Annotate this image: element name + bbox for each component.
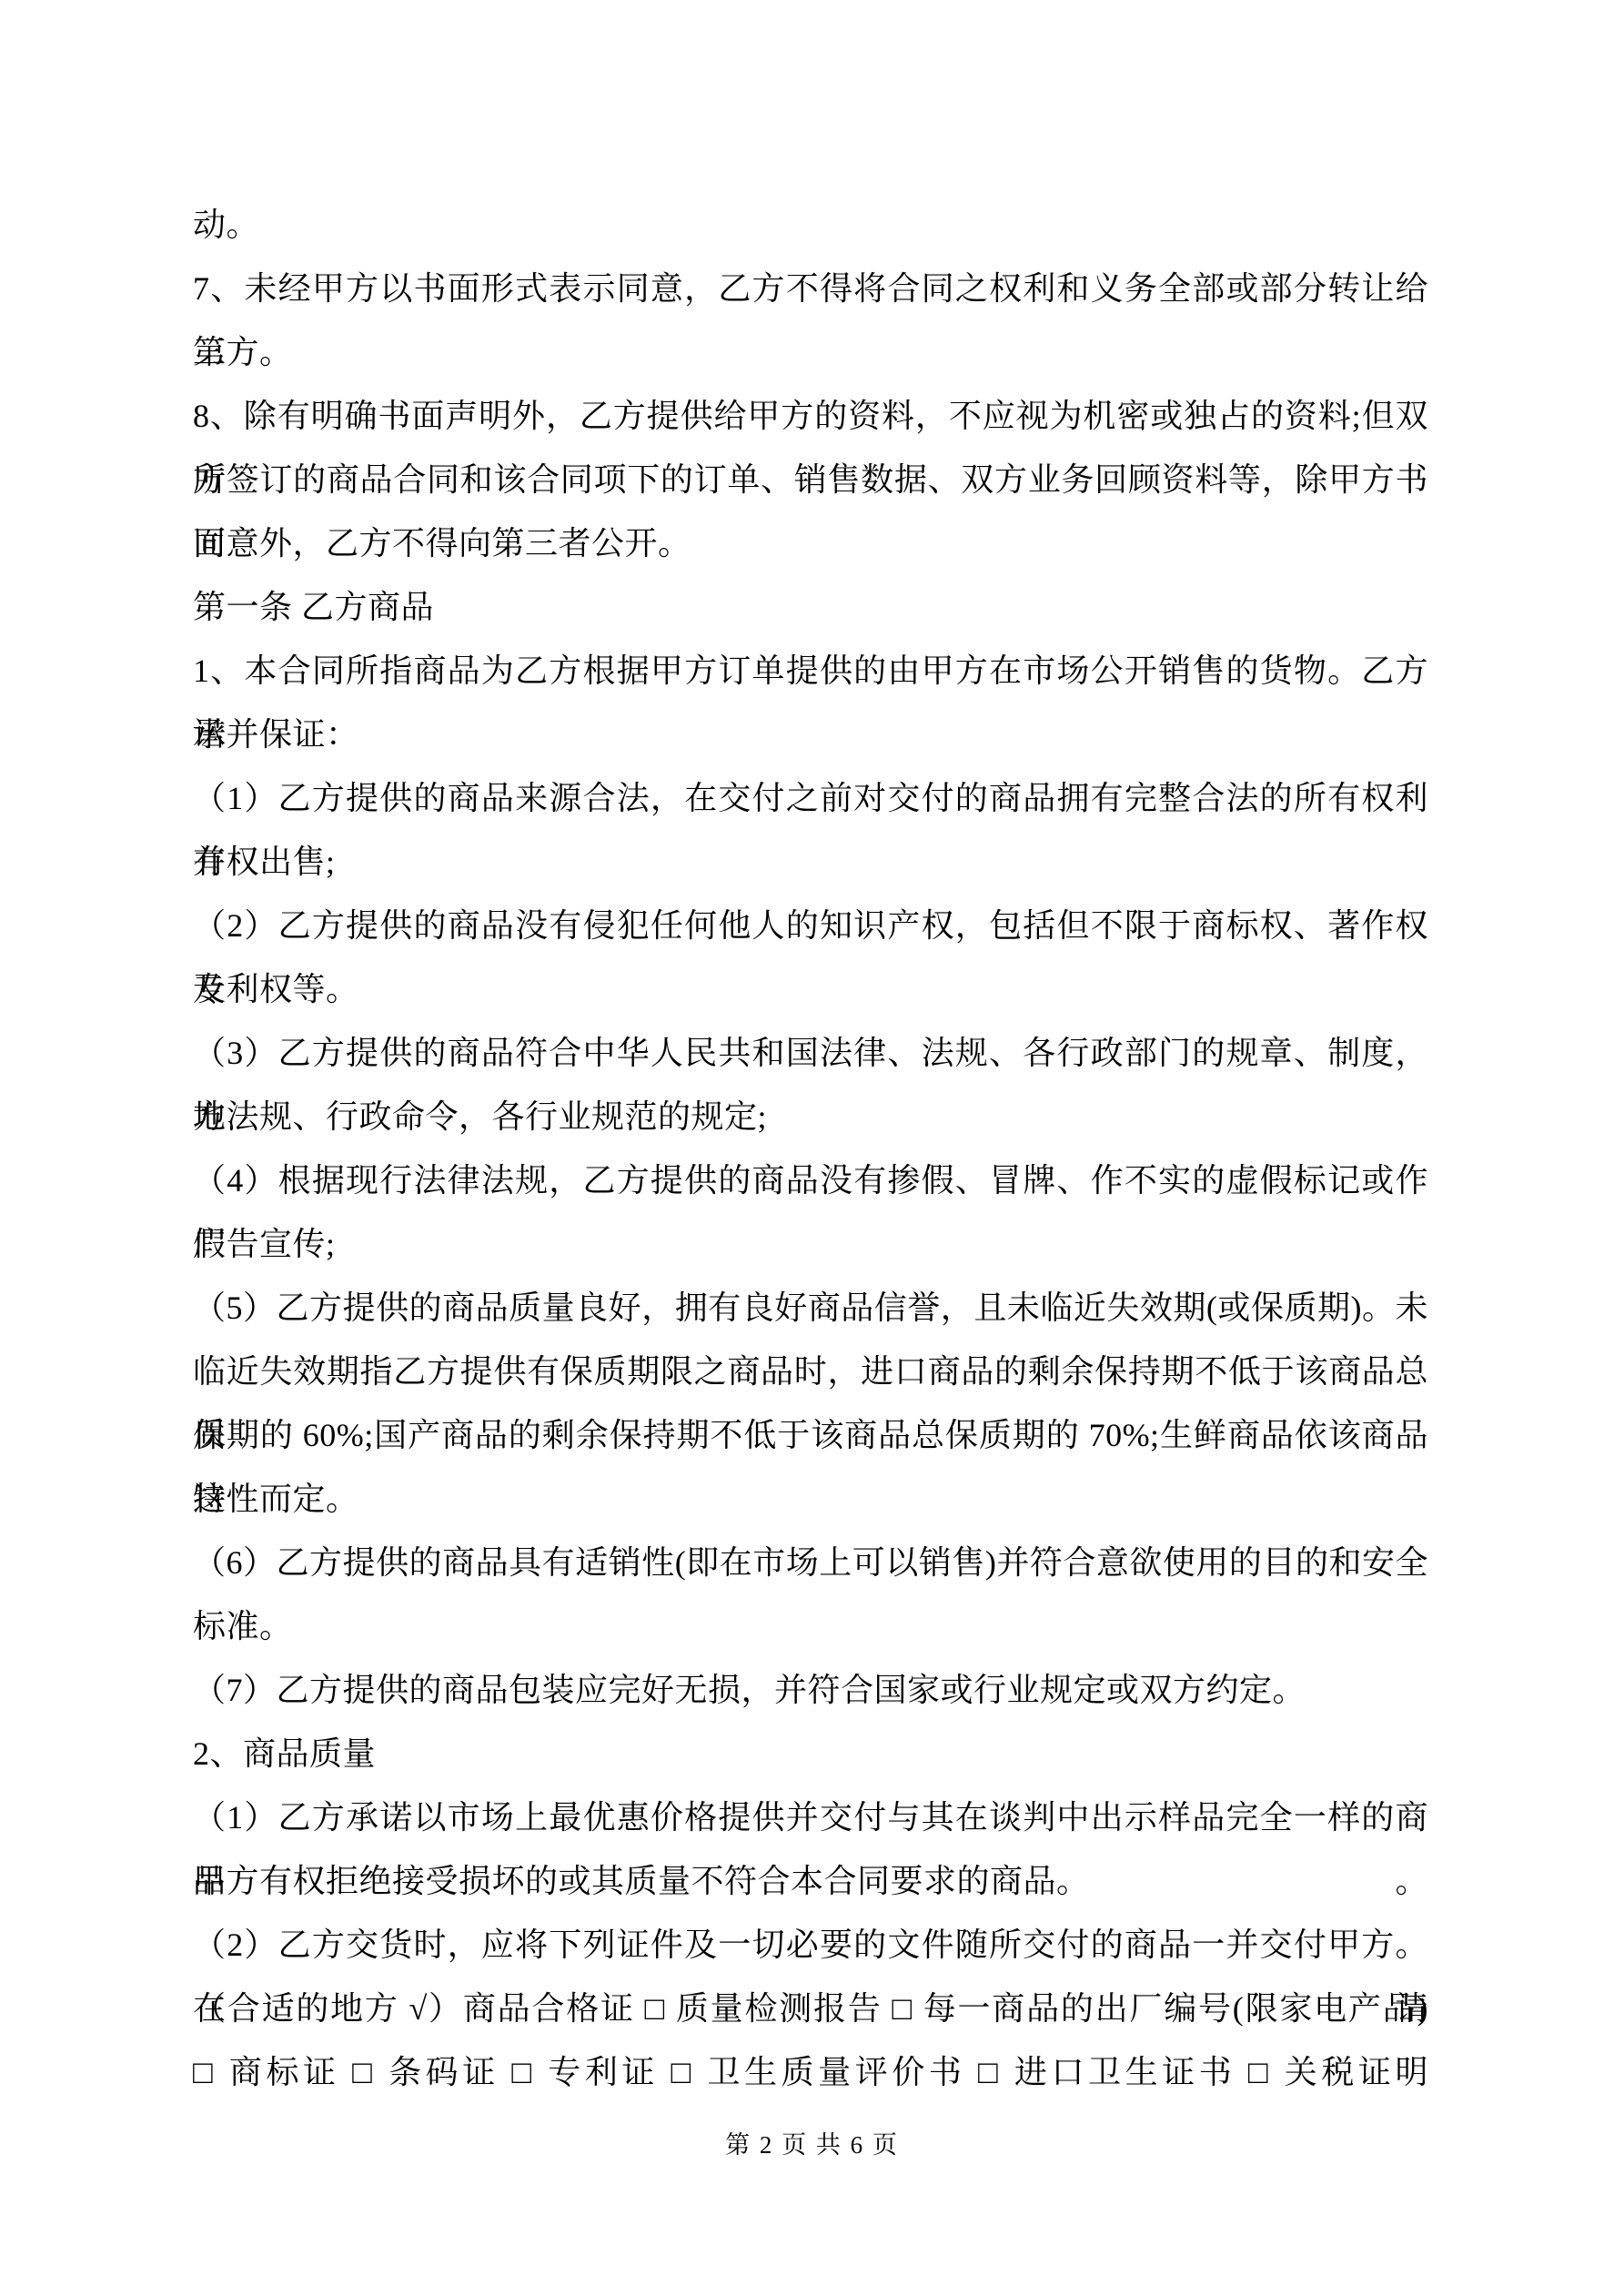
contract-line: 质期的 60%;国产商品的剩余保持期不低于该商品总保质期的 70%;生鲜商品依该… bbox=[193, 1403, 1428, 1467]
contract-section-heading: 第一条 乙方商品 bbox=[193, 575, 1428, 639]
contract-line: （4）根据现行法律法规，乙方提供的商品没有掺假、冒牌、作不实的虚假标记或作假 bbox=[193, 1148, 1428, 1212]
page-number-footer: 第 2 页 共 6 页 bbox=[0, 2113, 1624, 2177]
contract-subsection-heading: 2、商品质量 bbox=[193, 1722, 1428, 1785]
contract-line: 有权出售; bbox=[193, 830, 1428, 894]
contract-line: 7、未经甲方以书面形式表示同意，乙方不得将合同之权利和义务全部或部分转让给第 bbox=[193, 257, 1428, 320]
contract-line: （1）乙方承诺以市场上最优惠价格提供并交付与其在谈判中出示样品完全一样的商品。 bbox=[193, 1785, 1428, 1849]
contract-line: （6）乙方提供的商品具有适销性(即在市场上可以销售)并符合意欲使用的目的和安全 bbox=[193, 1531, 1428, 1594]
contract-line: 三方。 bbox=[193, 320, 1428, 384]
contract-page: 动。 7、未经甲方以书面形式表示同意，乙方不得将合同之权利和义务全部或部分转让给… bbox=[0, 0, 1624, 2296]
contract-line: 诺并保证： bbox=[193, 703, 1428, 766]
contract-body: 动。 7、未经甲方以书面形式表示同意，乙方不得将合同之权利和义务全部或部分转让给… bbox=[193, 193, 1428, 2104]
contract-line-with-checkboxes: □ 商标证 □ 条码证 □ 专利证 □ 卫生质量评价书 □ 进口卫生证书 □ 关… bbox=[193, 2040, 1428, 2104]
contract-line: 动。 bbox=[193, 193, 1428, 257]
contract-line: 所签订的商品合同和该合同项下的订单、销售数据、双方业务回顾资料等，除甲方书面 bbox=[193, 448, 1428, 511]
contract-line: 广告宣传; bbox=[193, 1212, 1428, 1276]
contract-line: （3）乙方提供的商品符合中华人民共和国法律、法规、各行政部门的规章、制度，地 bbox=[193, 1021, 1428, 1085]
contract-line: 特性而定。 bbox=[193, 1467, 1428, 1531]
contract-line: （5）乙方提供的商品质量良好，拥有良好商品信誉，且未临近失效期(或保质期)。未 bbox=[193, 1276, 1428, 1340]
contract-line: 专利权等。 bbox=[193, 957, 1428, 1021]
contract-line: 同意外，乙方不得向第三者公开。 bbox=[193, 511, 1428, 575]
contract-line: （2）乙方提供的商品没有侵犯任何他人的知识产权，包括但不限于商标权、著作权及 bbox=[193, 894, 1428, 957]
contract-line: 1、本合同所指商品为乙方根据甲方订单提供的由甲方在市场公开销售的货物。乙方承 bbox=[193, 639, 1428, 703]
contract-line: 8、除有明确书面声明外，乙方提供给甲方的资料，不应视为机密或独占的资料;但双方 bbox=[193, 384, 1428, 448]
contract-line-with-checkboxes: 在合适的地方 √）商品合格证 □ 质量检测报告 □ 每一商品的出厂编号(限家电产… bbox=[193, 1977, 1428, 2040]
contract-line: （7）乙方提供的商品包装应完好无损，并符合国家或行业规定或双方约定。 bbox=[193, 1658, 1428, 1722]
contract-line: 临近失效期指乙方提供有保质期限之商品时，进口商品的剩余保持期不低于该商品总保 bbox=[193, 1340, 1428, 1403]
contract-line: （1）乙方提供的商品来源合法，在交付之前对交付的商品拥有完整合法的所有权利并 bbox=[193, 766, 1428, 830]
contract-line: 方法规、行政命令，各行业规范的规定; bbox=[193, 1085, 1428, 1148]
contract-line: （2）乙方交货时，应将下列证件及一切必要的文件随所交付的商品一并交付甲方。（请 bbox=[193, 1913, 1428, 1977]
contract-line: 标准。 bbox=[193, 1594, 1428, 1658]
